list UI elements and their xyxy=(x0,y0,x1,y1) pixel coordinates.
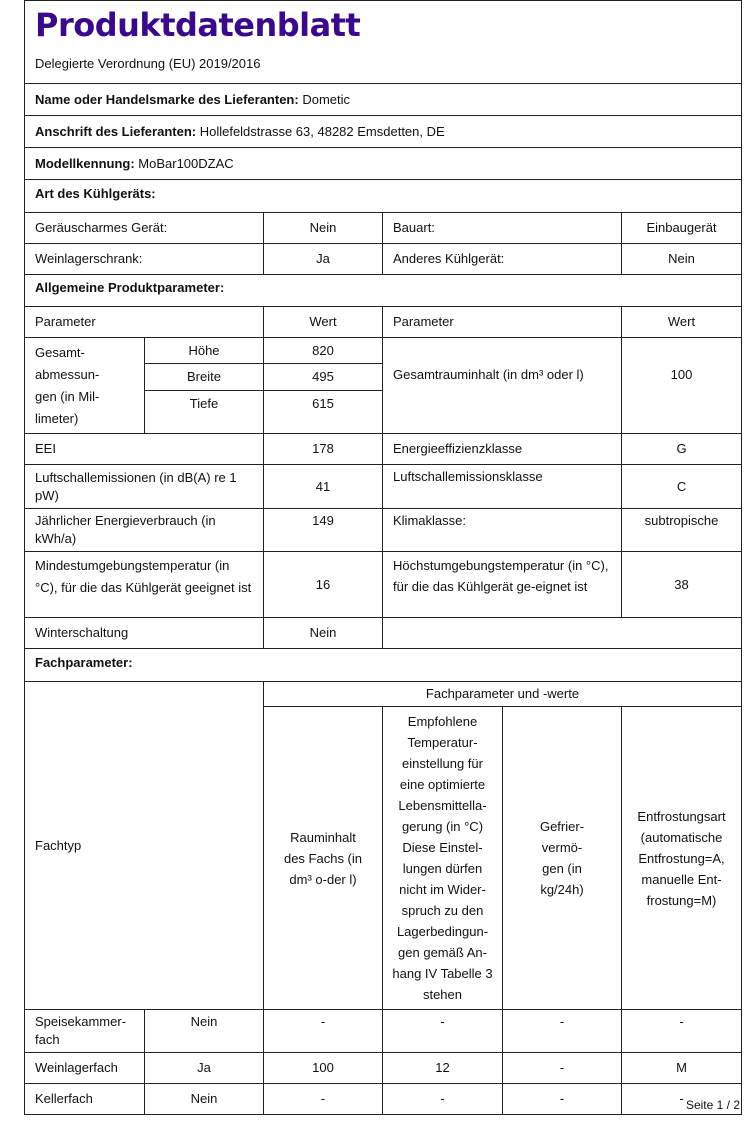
noise-value: 41 xyxy=(264,465,383,509)
art-value: Ja xyxy=(264,244,383,275)
supplier-address-row: Anschrift des Lieferanten: Hollefeldstra… xyxy=(25,116,742,148)
max-temp-value: 38 xyxy=(622,552,742,618)
datasheet: Produktdatenblatt Delegierte Verordnung … xyxy=(24,0,741,1115)
dimension-value: 495 xyxy=(264,364,383,390)
winter-label: Winterschaltung xyxy=(25,618,264,649)
art-label: Bauart: xyxy=(383,213,622,244)
art-heading: Art des Kühlgeräts: xyxy=(25,180,742,213)
fach-temp: - xyxy=(383,1084,503,1115)
noise-class-label: Luftschallemissionsklasse xyxy=(383,465,622,509)
fach-defrost: - xyxy=(622,1010,742,1053)
dimension-value: 820 xyxy=(264,338,383,364)
allgemein-heading: Allgemeine Produktparameter: xyxy=(25,275,742,307)
page-number: Seite 1 / 2 xyxy=(686,1098,740,1112)
winter-value: Nein xyxy=(264,618,383,649)
dimension-label: Tiefe xyxy=(145,390,264,416)
fach-present: Nein xyxy=(145,1084,264,1115)
supplier-name-label: Name oder Handelsmarke des Lieferanten: xyxy=(35,92,299,107)
eei-label: EEI xyxy=(25,434,264,465)
fach-present: Ja xyxy=(145,1053,264,1084)
min-temp-label: Mindestumgebungstemperatur (in °C), für … xyxy=(25,552,264,618)
energy-consumption-label: Jährlicher Energieverbrauch (in kWh/a) xyxy=(25,509,264,552)
fach-col-temp: Empfohlene Temperatur-einstellung für ei… xyxy=(383,707,503,1010)
fach-type: Speisekammer-fach xyxy=(25,1010,145,1053)
energy-class-label: Energieeffizienzklasse xyxy=(383,434,622,465)
dimension-label: Höhe xyxy=(145,338,264,364)
supplier-address-label: Anschrift des Lieferanten: xyxy=(35,124,196,139)
dimension-value: 615 xyxy=(264,390,383,416)
dimension-label: Breite xyxy=(145,364,264,390)
noise-class-value: C xyxy=(622,465,742,509)
fach-type: Weinlagerfach xyxy=(25,1053,145,1084)
column-header-parameter: Parameter xyxy=(25,307,264,338)
column-header-wert: Wert xyxy=(622,307,742,338)
fach-volume: - xyxy=(264,1010,383,1053)
header-cell: Produktdatenblatt Delegierte Verordnung … xyxy=(25,1,742,84)
fachtyp-label: Fachtyp xyxy=(25,682,264,1010)
fach-present: Nein xyxy=(145,1010,264,1053)
model-label: Modellkennung: xyxy=(35,156,135,171)
model-row: Modellkennung: MoBar100DZAC xyxy=(25,148,742,180)
fach-group-header: Fachparameter und -werte xyxy=(264,682,742,707)
energy-consumption-value: 149 xyxy=(264,509,383,552)
fach-temp: - xyxy=(383,1010,503,1053)
supplier-name-value: Dometic xyxy=(299,92,350,107)
min-temp-value: 16 xyxy=(264,552,383,618)
fach-col-volume: Rauminhalt des Fachs (in dm³ o-der l) xyxy=(264,707,383,1010)
energy-class-value: G xyxy=(622,434,742,465)
fach-volume: - xyxy=(264,1084,383,1115)
supplier-name-row: Name oder Handelsmarke des Lieferanten: … xyxy=(25,84,742,116)
fach-temp: 12 xyxy=(383,1053,503,1084)
noise-label: Luftschallemissionen (in dB(A) re 1 pW) xyxy=(25,465,264,509)
climate-class-value: subtropische xyxy=(622,509,742,552)
fach-freeze: - xyxy=(503,1053,622,1084)
art-label: Anderes Kühlgerät: xyxy=(383,244,622,275)
regulation-subtitle: Delegierte Verordnung (EU) 2019/2016 xyxy=(35,47,731,83)
art-label: Geräuscharmes Gerät: xyxy=(25,213,264,244)
art-label: Weinlagerschrank: xyxy=(25,244,264,275)
volume-label: Gesamtrauminhalt (in dm³ oder l) xyxy=(383,338,622,434)
max-temp-label: Höchstumgebungstemperatur (in °C), für d… xyxy=(383,552,622,618)
eei-value: 178 xyxy=(264,434,383,465)
datasheet-table: Produktdatenblatt Delegierte Verordnung … xyxy=(24,0,742,1115)
fach-defrost: M xyxy=(622,1053,742,1084)
fach-col-freeze: Gefrier-vermö-gen (in kg/24h) xyxy=(503,707,622,1010)
fach-freeze: - xyxy=(503,1010,622,1053)
fach-freeze: - xyxy=(503,1084,622,1115)
art-value: Nein xyxy=(622,244,742,275)
volume-value: 100 xyxy=(622,338,742,434)
fach-volume: 100 xyxy=(264,1053,383,1084)
dimensions-label: Gesamt- abmessun- gen (in Mil- limeter) xyxy=(25,338,145,434)
art-value: Einbaugerät xyxy=(622,213,742,244)
column-header-wert: Wert xyxy=(264,307,383,338)
supplier-address-value: Hollefeldstrasse 63, 48282 Emsdetten, DE xyxy=(196,124,445,139)
climate-class-label: Klimaklasse: xyxy=(383,509,622,552)
page-title: Produktdatenblatt xyxy=(35,3,731,47)
column-header-parameter: Parameter xyxy=(383,307,622,338)
fach-col-defrost: Entfrostungsart (automatische Entfrostun… xyxy=(622,707,742,1010)
model-value: MoBar100DZAC xyxy=(135,156,234,171)
fach-heading: Fachparameter: xyxy=(25,649,742,682)
fach-type: Kellerfach xyxy=(25,1084,145,1115)
art-value: Nein xyxy=(264,213,383,244)
